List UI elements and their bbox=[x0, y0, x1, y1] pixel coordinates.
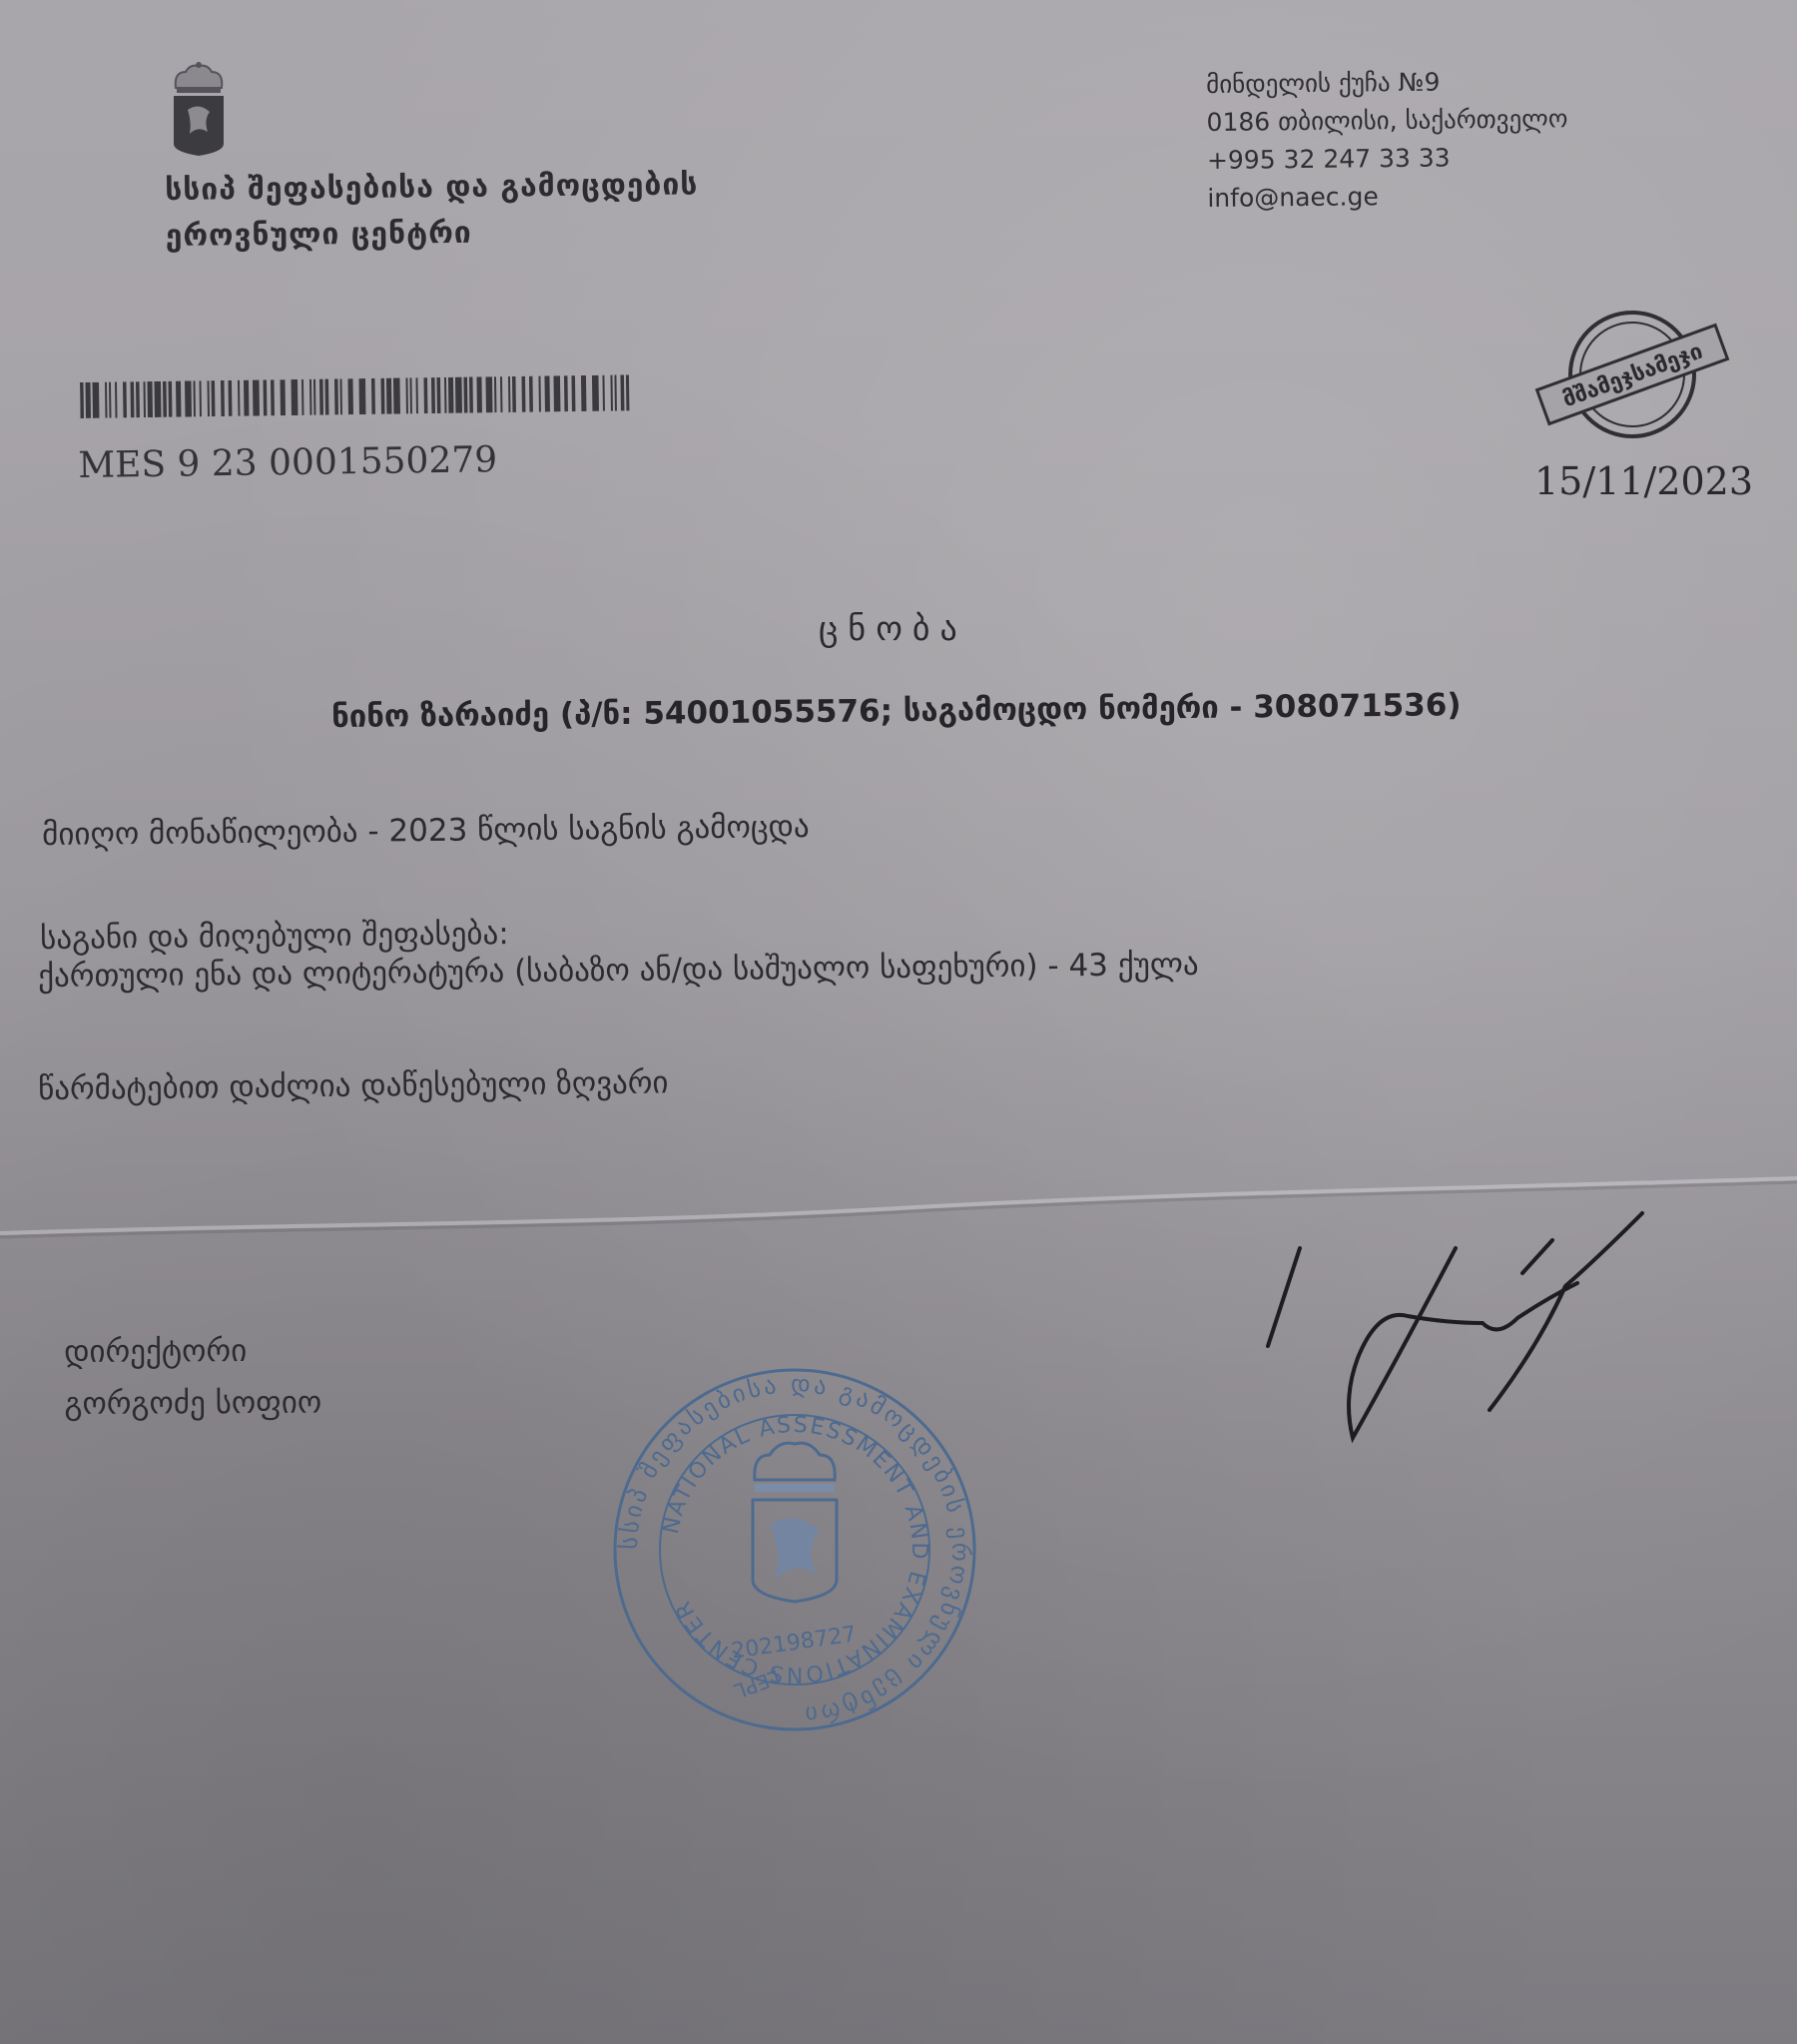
signatory-block: დირექტორი გორგოძე სოფიო bbox=[64, 1325, 321, 1430]
contact-city: 0186 თბილისი, საქართველო bbox=[1206, 100, 1567, 142]
reference-number: MES 9 23 0001550279 bbox=[78, 439, 497, 486]
organization-name: სსიპ შეფასებისა და გამოცდების ეროვნული ც… bbox=[165, 162, 699, 260]
handwritten-signature-icon bbox=[1248, 1198, 1667, 1458]
participation-statement: მიიღო მონაწილეობა - 2023 წლის საგნის გამ… bbox=[42, 809, 810, 853]
threshold-statement: წარმატებით დაძლია დაწესებული ზღვარი bbox=[38, 1064, 669, 1107]
document-title: ცნობა bbox=[819, 609, 967, 649]
barcode-icon bbox=[80, 374, 629, 418]
contact-email: info@naec.ge bbox=[1207, 176, 1568, 218]
organization-name-line2: ეროვნული ცენტრი bbox=[165, 208, 699, 260]
contact-street: მინდელის ქუჩა №9 bbox=[1206, 62, 1567, 104]
organization-name-line1: სსიპ შეფასებისა და გამოცდების bbox=[165, 162, 699, 214]
georgia-coat-of-arms-icon bbox=[168, 60, 230, 160]
subject-label: საგანი და მიღებული შეფასება: bbox=[40, 916, 509, 957]
verification-stamp-icon: მშამეჯსამეჯი bbox=[1527, 305, 1737, 444]
contact-block: მინდელის ქუჩა №9 0186 თბილისი, საქართველ… bbox=[1206, 62, 1568, 218]
signatory-title: დირექტორი bbox=[64, 1325, 321, 1378]
signatory-name: გორგოძე სოფიო bbox=[64, 1377, 321, 1430]
person-identification: ნინო ზარაიძე (პ/ნ: 54001055576; საგამოცდ… bbox=[331, 687, 1462, 735]
official-round-seal-icon: სსიპ შეფასებისა და გამოცდების ეროვნული ც… bbox=[605, 1360, 984, 1739]
document-date: 15/11/2023 bbox=[1534, 459, 1753, 503]
contact-phone: +995 32 247 33 33 bbox=[1207, 138, 1568, 180]
